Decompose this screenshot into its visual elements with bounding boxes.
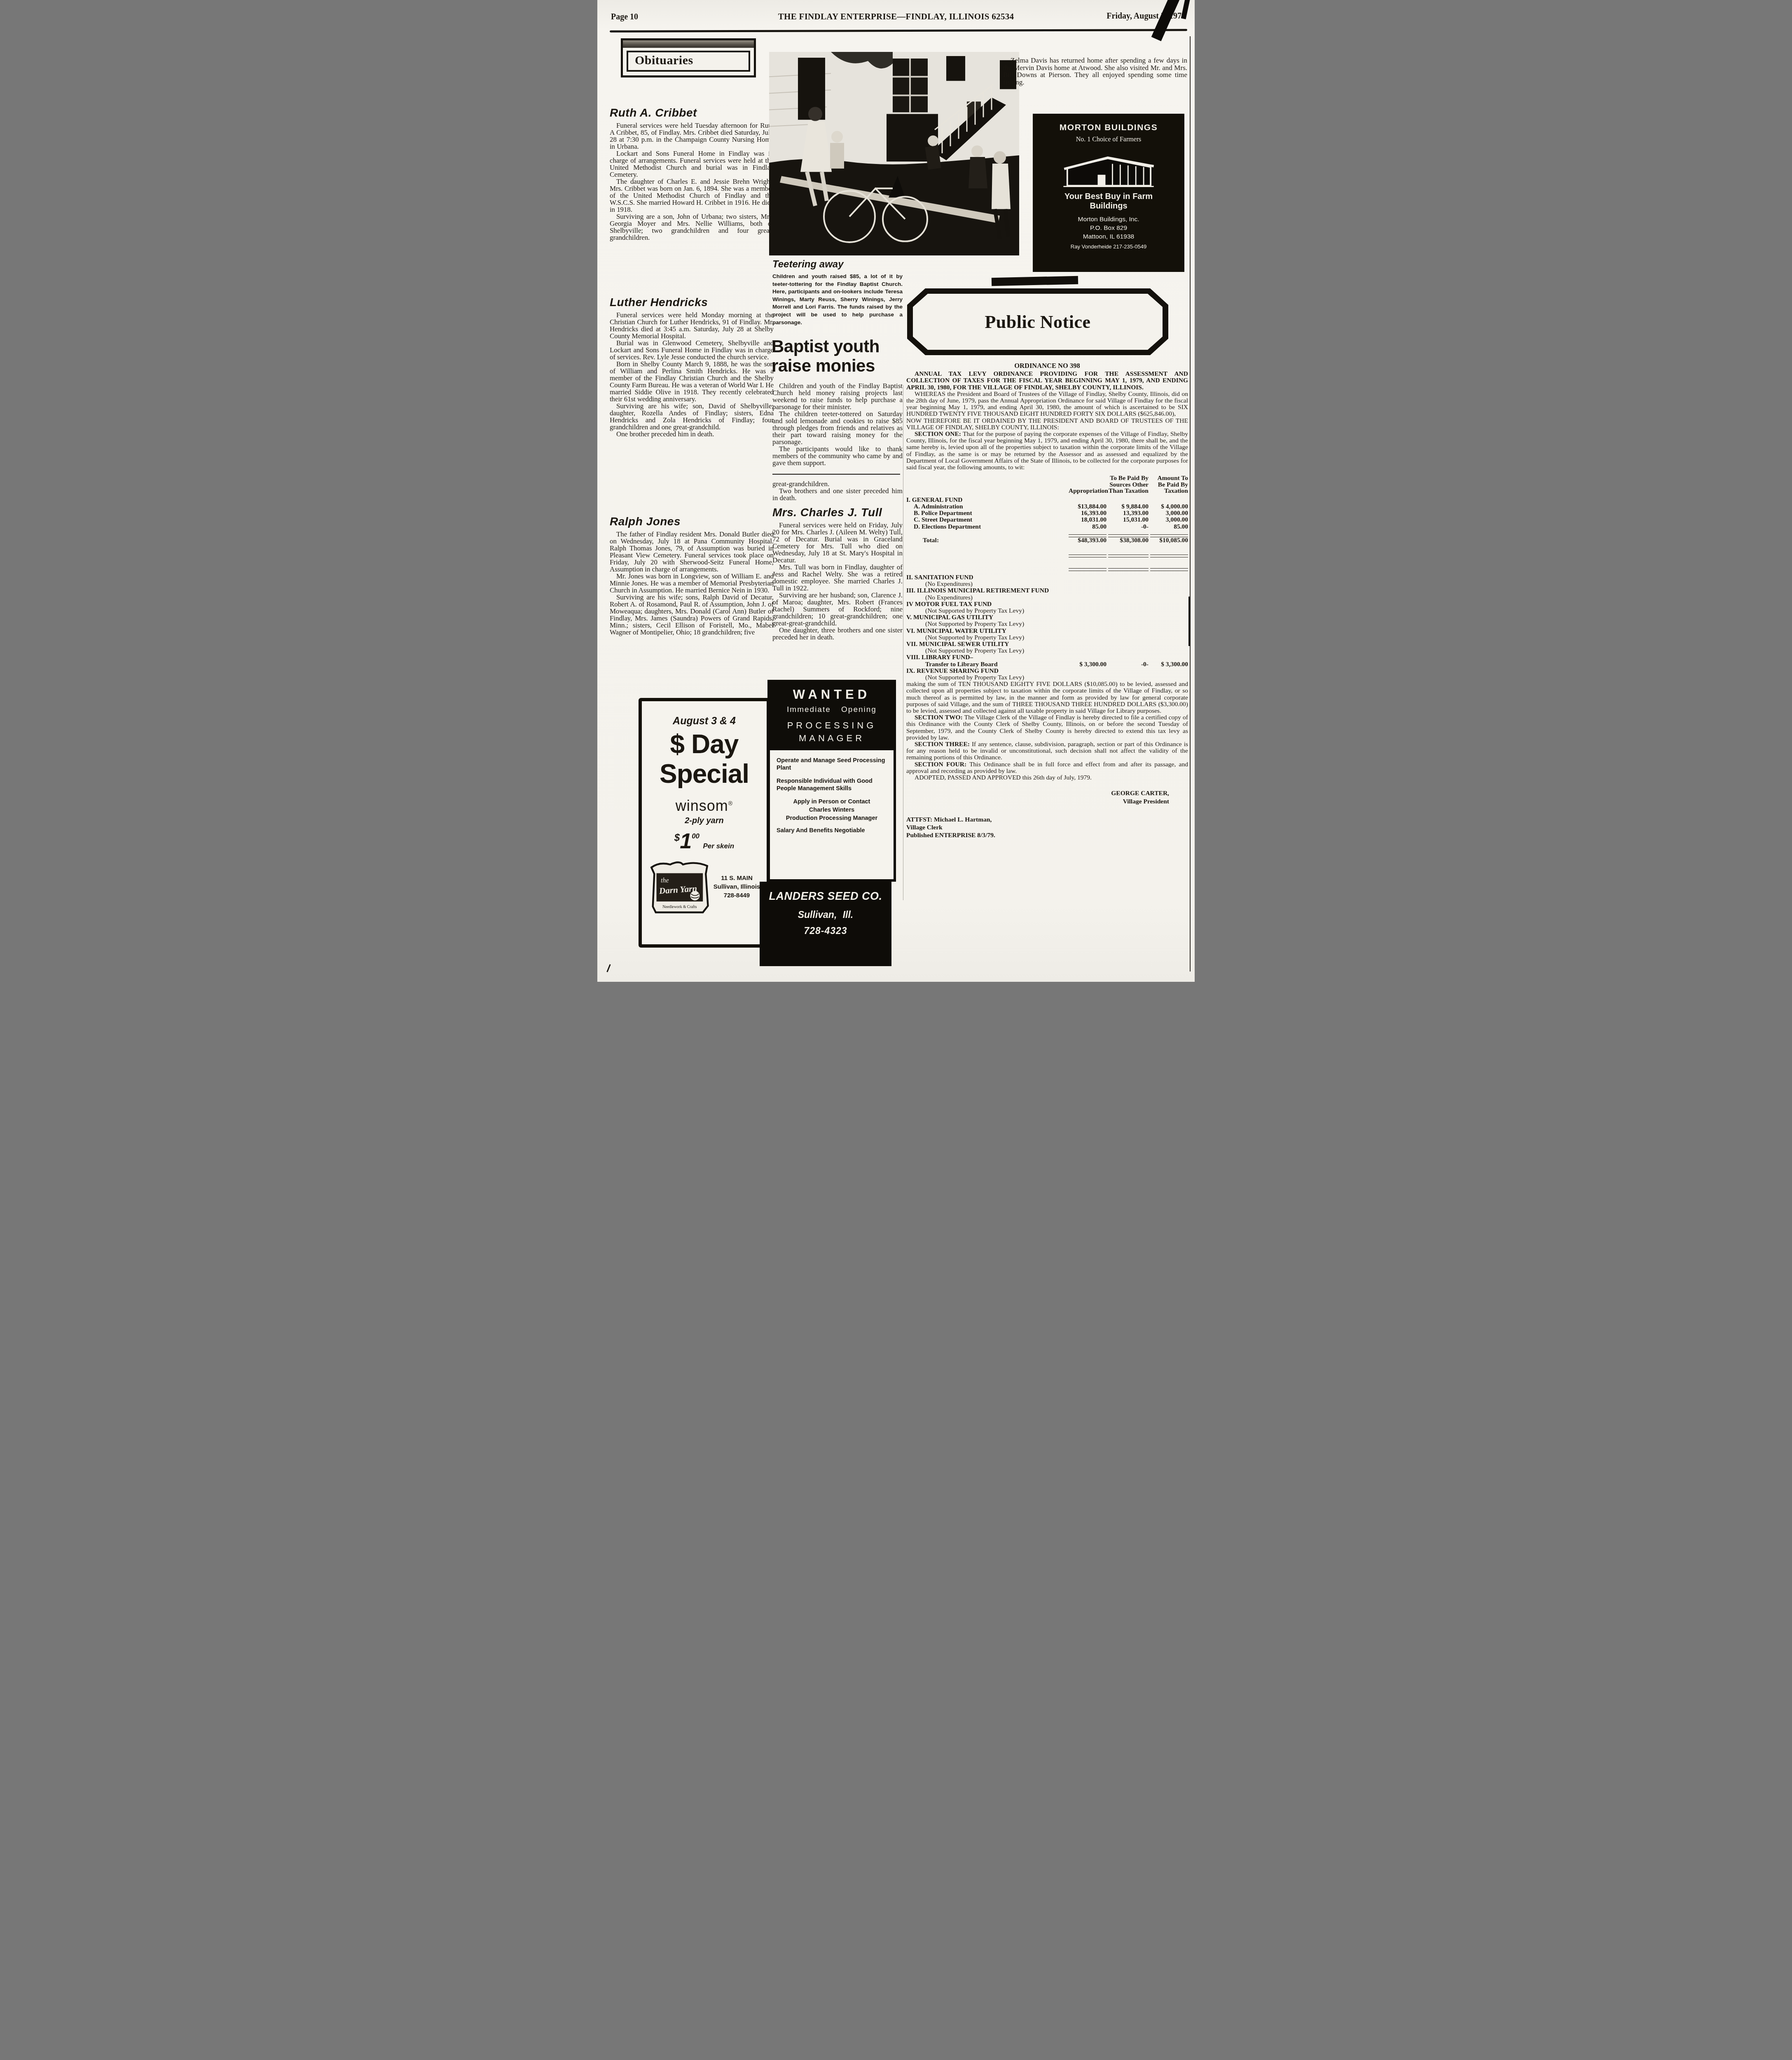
address-city: Sullivan, Illinois: [710, 883, 763, 891]
wanted-line: Salary And Benefits Negotiable: [777, 827, 887, 834]
fund-note: (Not Supported by Property Tax Levy): [906, 621, 1188, 627]
ad-company: Morton Buildings, Inc.: [1033, 215, 1184, 224]
obituary-name: Mrs. Charles J. Tull: [772, 506, 903, 519]
table-row-label: A. Administration: [906, 503, 1067, 510]
teetering-photo: [769, 52, 1019, 255]
barn-icon: [1061, 147, 1156, 190]
table-cell: 16,393.00: [1069, 510, 1107, 517]
table-cell: $ 9,884.00: [1108, 503, 1149, 510]
obituary-ralph-jones-continued: great-grandchildren. Two brothers and on…: [772, 480, 903, 501]
table-separator: [1108, 555, 1149, 557]
ordinance-now-therefore: NOW THEREFORE BE IT ORDAINED BY THE PRES…: [906, 418, 1188, 431]
ordinance-notice: ORDINANCE NO 398 ANNUAL TAX LEVY ORDINAN…: [906, 363, 1188, 839]
ad-title: MORTON BUILDINGS: [1033, 114, 1184, 133]
public-notice-frame: Public Notice: [913, 294, 1163, 350]
table-row-label: D. Elections Department: [906, 524, 1067, 530]
logo-sub: Needlework & Crafts: [662, 905, 697, 909]
fund-title: IV MOTOR FUEL TAX FUND: [906, 601, 1188, 608]
section-lead: SECTION TWO:: [915, 714, 963, 721]
obituary-paragraph: Two brothers and one sister preceded him…: [772, 487, 903, 501]
section-rule: [772, 474, 900, 475]
fund-note: (Not Supported by Property Tax Levy): [906, 648, 1188, 654]
store-block: the Darn Yarn Needlework & Crafts 11 S. …: [642, 859, 767, 914]
price-whole: 1: [680, 829, 692, 853]
article-headline: Baptist youth raise monies: [772, 337, 908, 375]
table-cell: 3,000.00: [1150, 517, 1188, 523]
table-row-label: C. Street Department: [906, 517, 1067, 523]
registered-mark: ®: [728, 800, 733, 807]
table-row-label: B. Police Department: [906, 510, 1067, 517]
wanted-ad: WANTED Immediate Opening PROCESSING MANA…: [767, 680, 896, 882]
wanted-role-line1: PROCESSING: [772, 720, 892, 731]
table-total-cell: $48,393.00: [1069, 537, 1107, 544]
table-total-cell: $38,308.00: [1108, 537, 1149, 544]
fund-title: II. SANITATION FUND: [906, 574, 1188, 581]
landers-city: Sullivan, Ill.: [760, 909, 891, 920]
article-body: Children and youth of the Findlay Baptis…: [772, 382, 903, 466]
price-cents: 00: [692, 832, 699, 840]
table-cell: -0-: [1108, 661, 1149, 668]
obituary-paragraph: Funeral services were held Monday mornin…: [610, 311, 774, 339]
wanted-line: Charles Winters: [777, 806, 887, 814]
publication-line: Published ENTERPRISE 8/3/79.: [906, 831, 1188, 839]
masthead: THE FINDLAY ENTERPRISE—FINDLAY, ILLINOIS…: [778, 12, 1014, 22]
photo-caption-body: Children and youth raised $85, a lot of …: [772, 273, 903, 326]
price: $100 Per skein: [642, 829, 767, 854]
store-address: 11 S. MAIN Sullivan, Illinois 728-8449: [710, 874, 763, 900]
obituary-paragraph: Mr. Jones was born in Longview, son of W…: [610, 573, 774, 594]
table-group-general-fund: I. GENERAL FUND: [906, 497, 1188, 503]
obituaries-label-frame: Obituaries: [627, 51, 750, 72]
issue-date: Friday, August 3, 1979: [1107, 12, 1186, 21]
obituary-paragraph: One daughter, three brothers and one sis…: [772, 627, 903, 641]
ordinance-section-three: SECTION THREE: If any sentence, clause, …: [906, 741, 1188, 761]
public-notice-box: Public Notice: [907, 288, 1168, 355]
news-brief-text: Zelma Davis has returned home after spen…: [1003, 57, 1187, 86]
brand-text: winsom: [676, 797, 728, 814]
ordinance-section-one: SECTION ONE: That for the purpose of pay…: [906, 431, 1188, 471]
ad-title-line1: $ Day: [642, 731, 767, 757]
obituaries-section-box: Obituaries: [621, 38, 756, 77]
public-notice-title: Public Notice: [985, 311, 1090, 332]
news-brief: Zelma Davis has returned home after spen…: [1003, 57, 1187, 86]
section-lead: SECTION ONE:: [915, 431, 961, 438]
table-cell: 13,393.00: [1108, 510, 1149, 517]
obituary-paragraph: The father of Findlay resident Mrs. Dona…: [610, 531, 774, 573]
page-number: Page 10: [611, 12, 638, 22]
obituary-paragraph: The daughter of Charles E. and Jessie Br…: [610, 178, 774, 213]
wanted-body: Operate and Manage Seed Processing Plant…: [770, 750, 894, 834]
article-paragraph: The participants would like to thank mem…: [772, 445, 903, 466]
scan-artifact: [992, 276, 1078, 286]
scan-artifact: [1188, 597, 1191, 646]
obituary-paragraph: Surviving are his wife; son, David of Sh…: [610, 403, 774, 431]
fund-note: (Not Supported by Property Tax Levy): [906, 634, 1188, 641]
fund-note: (Not Supported by Property Tax Levy): [906, 674, 1188, 681]
wanted-subtitle: Immediate Opening: [772, 705, 892, 714]
ordinance-section-two: SECTION TWO: The Village Clerk of the Vi…: [906, 714, 1188, 741]
box-shading-band: [623, 40, 754, 48]
wanted-line: Apply in Person or Contact: [777, 798, 887, 805]
obituary-name: Luther Hendricks: [610, 296, 774, 309]
fund-title: VIII. LIBRARY FUND–: [906, 654, 1188, 661]
darn-yarn-logo: the Darn Yarn Needlework & Crafts: [648, 859, 710, 914]
fund-note: (No Expenditures): [906, 595, 1188, 601]
table-header-appropriation: Appropriation: [1069, 488, 1107, 494]
obituary-ruth-cribbet: Ruth A. Cribbet Funeral services were he…: [610, 106, 774, 241]
tax-levy-table: Appropriation To Be Paid By Sources Othe…: [906, 475, 1188, 571]
signature-block: GEORGE CARTER, Village President: [906, 789, 1188, 806]
table-cell: 18,031.00: [1069, 517, 1107, 523]
table-separator: [1108, 568, 1149, 571]
obituary-paragraph: Burial was in Glenwood Cemetery, Shelbyv…: [610, 339, 774, 360]
wanted-role-line2: MANAGER: [772, 733, 892, 744]
ad-contact: Ray Vonderheide 217-235-0549: [1033, 243, 1184, 250]
table-cell: -0-: [1108, 524, 1149, 530]
table-cell: 15,031.00: [1108, 517, 1149, 523]
address-line: 11 S. MAIN: [710, 874, 763, 883]
attest-block: ATTFST: Michael L. Hartman, Village Cler…: [906, 816, 1188, 839]
obituary-paragraph: great-grandchildren.: [772, 480, 903, 487]
page-edge-rule: [1190, 36, 1191, 971]
fund-title: V. MUNICIPAL GAS UTILITY: [906, 614, 1188, 621]
obituary-paragraph: Mrs. Tull was born in Findlay, daughter …: [772, 564, 903, 592]
ordinance-adopted: ADOPTED, PASSED AND APPROVED this 26th d…: [906, 775, 1188, 781]
ad-dates: August 3 & 4: [642, 715, 767, 727]
ordinance-number: ORDINANCE NO 398: [906, 363, 1188, 369]
brand-name: winsom®: [642, 797, 767, 815]
table-header-other-sources: To Be Paid By Sources Other Than Taxatio…: [1108, 475, 1149, 494]
table-cell: 3,000.00: [1150, 510, 1188, 517]
table-cell: 85.00: [1150, 524, 1188, 530]
wanted-line: Responsible Individual with Good People …: [777, 777, 887, 792]
signature-title: Village President: [906, 798, 1169, 806]
landers-phone: 728-4323: [760, 925, 891, 936]
address-phone: 728-8449: [710, 891, 763, 900]
obituary-paragraph: Surviving are a son, John of Urbana; two…: [610, 213, 774, 241]
attest-title: Village Clerk: [906, 824, 1188, 831]
table-cell: $13,884.00: [1069, 503, 1107, 510]
wanted-title: WANTED: [772, 687, 892, 702]
table-separator: [1069, 555, 1107, 557]
newspaper-page: Page 10 THE FINDLAY ENTERPRISE—FINDLAY, …: [597, 0, 1195, 982]
table-spacer: [906, 544, 1067, 557]
ad-subtitle: No. 1 Choice of Farmers: [1033, 136, 1184, 143]
table-cell: $ 3,300.00: [1150, 661, 1188, 668]
fund-title: IX. REVENUE SHARING FUND: [906, 668, 1188, 674]
fund-title: III. ILLINOIS MUNICIPAL RETIREMENT FUND: [906, 588, 1188, 594]
obituary-paragraph: Funeral services were held on Friday, Ju…: [772, 522, 903, 564]
obituary-paragraph: Surviving are his wife; sons, Ralph Davi…: [610, 594, 774, 636]
fund-note: (No Expenditures): [906, 581, 1188, 588]
obituary-paragraph: Funeral services were held Tuesday after…: [610, 122, 774, 150]
product-name: 2-ply yarn: [642, 816, 767, 826]
article-paragraph: Children and youth of the Findlay Baptis…: [772, 382, 903, 410]
wanted-header: WANTED Immediate Opening PROCESSING MANA…: [770, 682, 894, 750]
obituary-ralph-jones: Ralph Jones The father of Findlay reside…: [610, 515, 774, 636]
ordinance-section-four: SECTION FOUR: This Ordinance shall be in…: [906, 761, 1188, 775]
scan-artifact: [1181, 0, 1191, 19]
table-total-label: Total:: [906, 537, 1067, 544]
table-separator: [1150, 555, 1188, 557]
table-spacer: [906, 530, 1067, 537]
obituaries-section-label: Obituaries: [635, 54, 693, 67]
library-fund-row: Transfer to Library Board $ 3,300.00 -0-…: [906, 661, 1188, 668]
column-rule: [903, 385, 903, 900]
landers-seed-ad: LANDERS SEED CO. Sullivan, Ill. 728-4323: [760, 882, 891, 966]
obituary-paragraph: Lockart and Sons Funeral Home in Findlay…: [610, 150, 774, 178]
ad-tagline: Your Best Buy in Farm Buildings: [1048, 192, 1170, 211]
obituary-mrs-charles-tull: Mrs. Charles J. Tull Funeral services we…: [772, 506, 903, 641]
table-separator: [1150, 568, 1188, 571]
table-row-label: Transfer to Library Board: [906, 661, 1067, 668]
attest-clerk: ATTFST: Michael L. Hartman,: [906, 816, 1188, 824]
dollar-day-special-ad: August 3 & 4 $ Day Special winsom® 2-ply…: [639, 698, 770, 948]
fund-note: (Not Supported by Property Tax Levy): [906, 608, 1188, 614]
obituary-name: Ralph Jones: [610, 515, 774, 528]
scan-artifact: [606, 964, 611, 972]
morton-buildings-ad: MORTON BUILDINGS No. 1 Choice of Farmers…: [1033, 114, 1184, 272]
table-separator: [1069, 568, 1107, 571]
table-total-cell: $10,085.00: [1150, 537, 1188, 544]
wanted-line: Production Processing Manager: [777, 815, 887, 822]
price-unit: Per skein: [703, 842, 735, 850]
wanted-line: Operate and Manage Seed Processing Plant: [777, 757, 887, 772]
landers-name: LANDERS SEED CO.: [760, 882, 891, 903]
obituary-paragraph: One brother preceded him in death.: [610, 431, 774, 438]
obituary-luther-hendricks: Luther Hendricks Funeral services were h…: [610, 296, 774, 438]
table-cell: $ 4,000.00: [1150, 503, 1188, 510]
photo-caption-title: Teetering away: [772, 259, 844, 270]
fund-title: VI. MUNICIPAL WATER UTILITY: [906, 628, 1188, 634]
ad-city: Mattoon, IL 61938: [1033, 232, 1184, 241]
ad-title-line2: Special: [642, 761, 767, 787]
price-symbol: $: [674, 832, 680, 843]
fund-list: II. SANITATION FUND (No Expenditures) II…: [906, 574, 1188, 681]
ordinance-whereas: WHEREAS the President and Board of Trust…: [906, 391, 1188, 418]
table-spacer: [906, 557, 1067, 571]
obituary-paragraph: Surviving are her husband; son, Clarence…: [772, 592, 903, 627]
teeter-totter-scene: [769, 52, 1019, 255]
table-cell: $ 3,300.00: [1069, 661, 1107, 668]
article-paragraph: The children teeter-tottered on Saturday…: [772, 410, 903, 445]
obituary-name: Ruth A. Cribbet: [610, 106, 774, 119]
header-rule: [610, 29, 1187, 33]
fund-title: VII. MUNICIPAL SEWER UTILITY: [906, 641, 1188, 648]
table-cell: 85.00: [1069, 524, 1107, 530]
section-lead: SECTION THREE:: [915, 741, 970, 748]
logo-the: the: [661, 877, 669, 884]
ordinance-intro: ANNUAL TAX LEVY ORDINANCE PROVIDING FOR …: [906, 371, 1188, 391]
signature-name: GEORGE CARTER,: [906, 789, 1169, 798]
obituary-paragraph: Born in Shelby County March 9, 1888, he …: [610, 360, 774, 403]
section-lead: SECTION FOUR:: [915, 761, 966, 768]
table-header-taxation: Amount To Be Paid By Taxation: [1150, 475, 1188, 494]
ad-po-box: P.O. Box 829: [1033, 224, 1184, 232]
ordinance-making-sum: making the sum of TEN THOUSAND EIGHTY FI…: [906, 681, 1188, 714]
